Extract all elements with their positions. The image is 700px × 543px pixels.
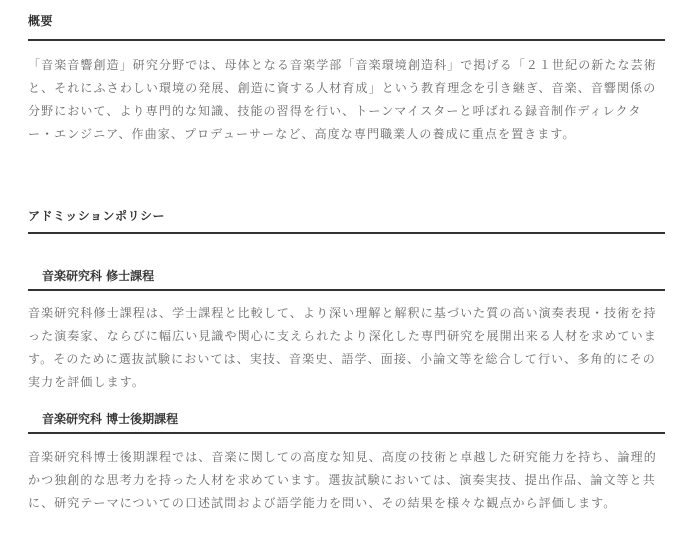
document-page: 概要 「音楽音響創造」研究分野では、母体となる音楽学部「音楽環境創造科」で掲げる… [0,0,700,543]
masters-line: 実力を評価します。 [28,371,668,394]
admission-policy-heading: アドミッションポリシー [28,207,665,224]
admission-policy-heading-rule [28,232,665,234]
masters-line: 音楽研究科修士課程は、学士課程と比較して、より深い理解と解釈に基づいた質の高い演… [28,302,668,325]
masters-course-heading: 音楽研究科 修士課程 [42,267,154,284]
overview-line: と、それにふさわしい環境の発展、創造に資する人材育成」という教育理念を引き継ぎ、… [28,77,668,100]
doctoral-line: 音楽研究科博士後期課程では、音楽に関しての高度な知見、高度の技術と卓越した研究能… [28,446,668,469]
overview-heading-rule [28,39,665,41]
masters-course-paragraph: 音楽研究科修士課程は、学士課程と比較して、より深い理解と解釈に基づいた質の高い演… [28,302,668,394]
overview-line: 「音楽音響創造」研究分野では、母体となる音楽学部「音楽環境創造科」で掲げる「２１… [28,54,668,77]
doctoral-course-heading: 音楽研究科 博士後期課程 [42,410,178,427]
overview-line: ー・エンジニア、作曲家、プロデューサーなど、高度な専門職業人の養成に重点を置きま… [28,123,668,146]
doctoral-line: に、研究テーマについての口述試問および語学能力を問い、その結果を様々な観点から評… [28,492,668,515]
overview-heading: 概要 [28,12,665,29]
masters-line: った演奏家、ならびに幅広い見識や関心に支えられたより深化した専門研究を展開出来る… [28,325,668,348]
masters-line: す。そのために選抜試験においては、実技、音楽史、語学、面接、小論文等を総合して行… [28,348,668,371]
overview-paragraph: 「音楽音響創造」研究分野では、母体となる音楽学部「音楽環境創造科」で掲げる「２１… [28,54,668,146]
doctoral-line: かつ独創的な思考力を持った人材を求めています。選抜試験においては、演奏実技、提出… [28,469,668,492]
overview-line: 分野において、より専門的な知識、技能の習得を行い、トーンマイスターと呼ばれる録音… [28,100,668,123]
masters-course-heading-rule [28,289,665,291]
doctoral-course-heading-rule [28,432,665,434]
doctoral-course-paragraph: 音楽研究科博士後期課程では、音楽に関しての高度な知見、高度の技術と卓越した研究能… [28,446,668,515]
